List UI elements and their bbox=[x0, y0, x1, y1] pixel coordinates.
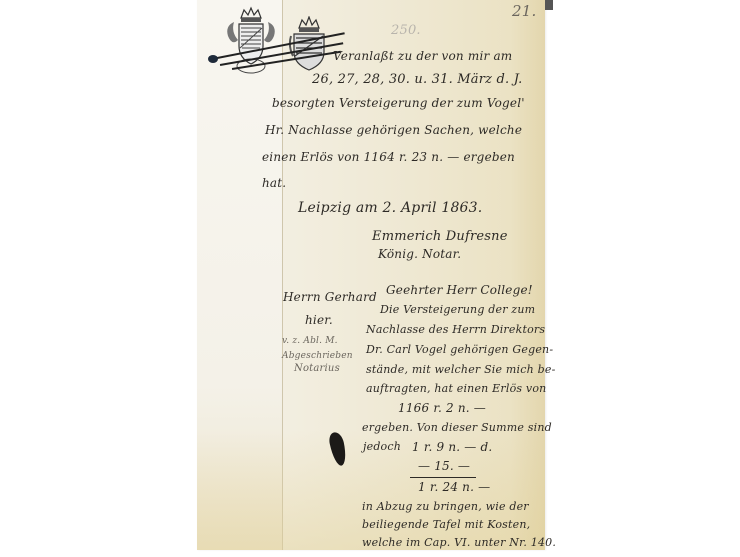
margin-fold-line bbox=[282, 0, 283, 550]
place-date: Leipzig am 2. April 1863. bbox=[298, 201, 482, 215]
reply-line: Die Versteigerung der zum bbox=[380, 304, 535, 315]
reply-line: welche im Cap. VI. unter Nr. 140. bbox=[362, 537, 556, 548]
left-margin-strip bbox=[197, 0, 282, 550]
text-line: Veranlaßt zu der von mir am bbox=[333, 50, 512, 62]
reply-line: stände, mit welcher Sie mich be- bbox=[366, 364, 556, 375]
calc-total: 1 r. 24 n. — bbox=[418, 481, 490, 493]
calc-underline bbox=[410, 477, 476, 478]
calc-row: 1 r. 9 n. — d. bbox=[412, 441, 492, 453]
signature-name: Emmerich Dufresne bbox=[372, 230, 508, 243]
reply-line: in Abzug zu bringen, wie der bbox=[362, 501, 529, 512]
pencil-annotation: 250. bbox=[391, 24, 421, 37]
reply-amount: 1166 r. 2 n. — bbox=[398, 402, 486, 414]
margin-addressee-place: hier. bbox=[305, 314, 333, 326]
calc-row: — 15. — bbox=[418, 460, 470, 472]
reply-line: Dr. Carl Vogel gehörigen Gegen- bbox=[366, 344, 553, 355]
scan-corner-shadow bbox=[545, 0, 553, 10]
text-line: besorgten Versteigerung der zum Vogel' bbox=[272, 97, 525, 109]
reply-line: Nachlasse des Herrn Direktors bbox=[366, 324, 545, 335]
text-line: einen Erlös von 1164 r. 23 n. — ergeben bbox=[262, 151, 515, 163]
text-line: hat. bbox=[262, 177, 286, 189]
margin-addressee: Herrn Gerhard bbox=[283, 291, 377, 303]
margin-faint-note: Notarius bbox=[294, 364, 340, 374]
reply-line: jedoch bbox=[363, 441, 401, 452]
reply-line: beiliegende Tafel mit Kosten, bbox=[362, 519, 530, 530]
page-number: 21. bbox=[512, 4, 536, 19]
margin-faint-note: v. z. Abl. M. bbox=[282, 337, 338, 346]
reply-line: ergeben. Von dieser Summe sind bbox=[362, 422, 552, 433]
margin-faint-note: Abgeschrieben bbox=[282, 352, 353, 361]
text-line: Hr. Nachlasse gehörigen Sachen, welche bbox=[265, 124, 522, 136]
reply-salutation: Geehrter Herr College! bbox=[386, 284, 533, 296]
ink-blot bbox=[208, 55, 218, 63]
text-line: 26, 27, 28, 30. u. 31. März d. J. bbox=[312, 73, 522, 86]
signature-title: König. Notar. bbox=[378, 248, 461, 260]
reply-line: auftragten, hat einen Erlös von bbox=[366, 383, 546, 394]
